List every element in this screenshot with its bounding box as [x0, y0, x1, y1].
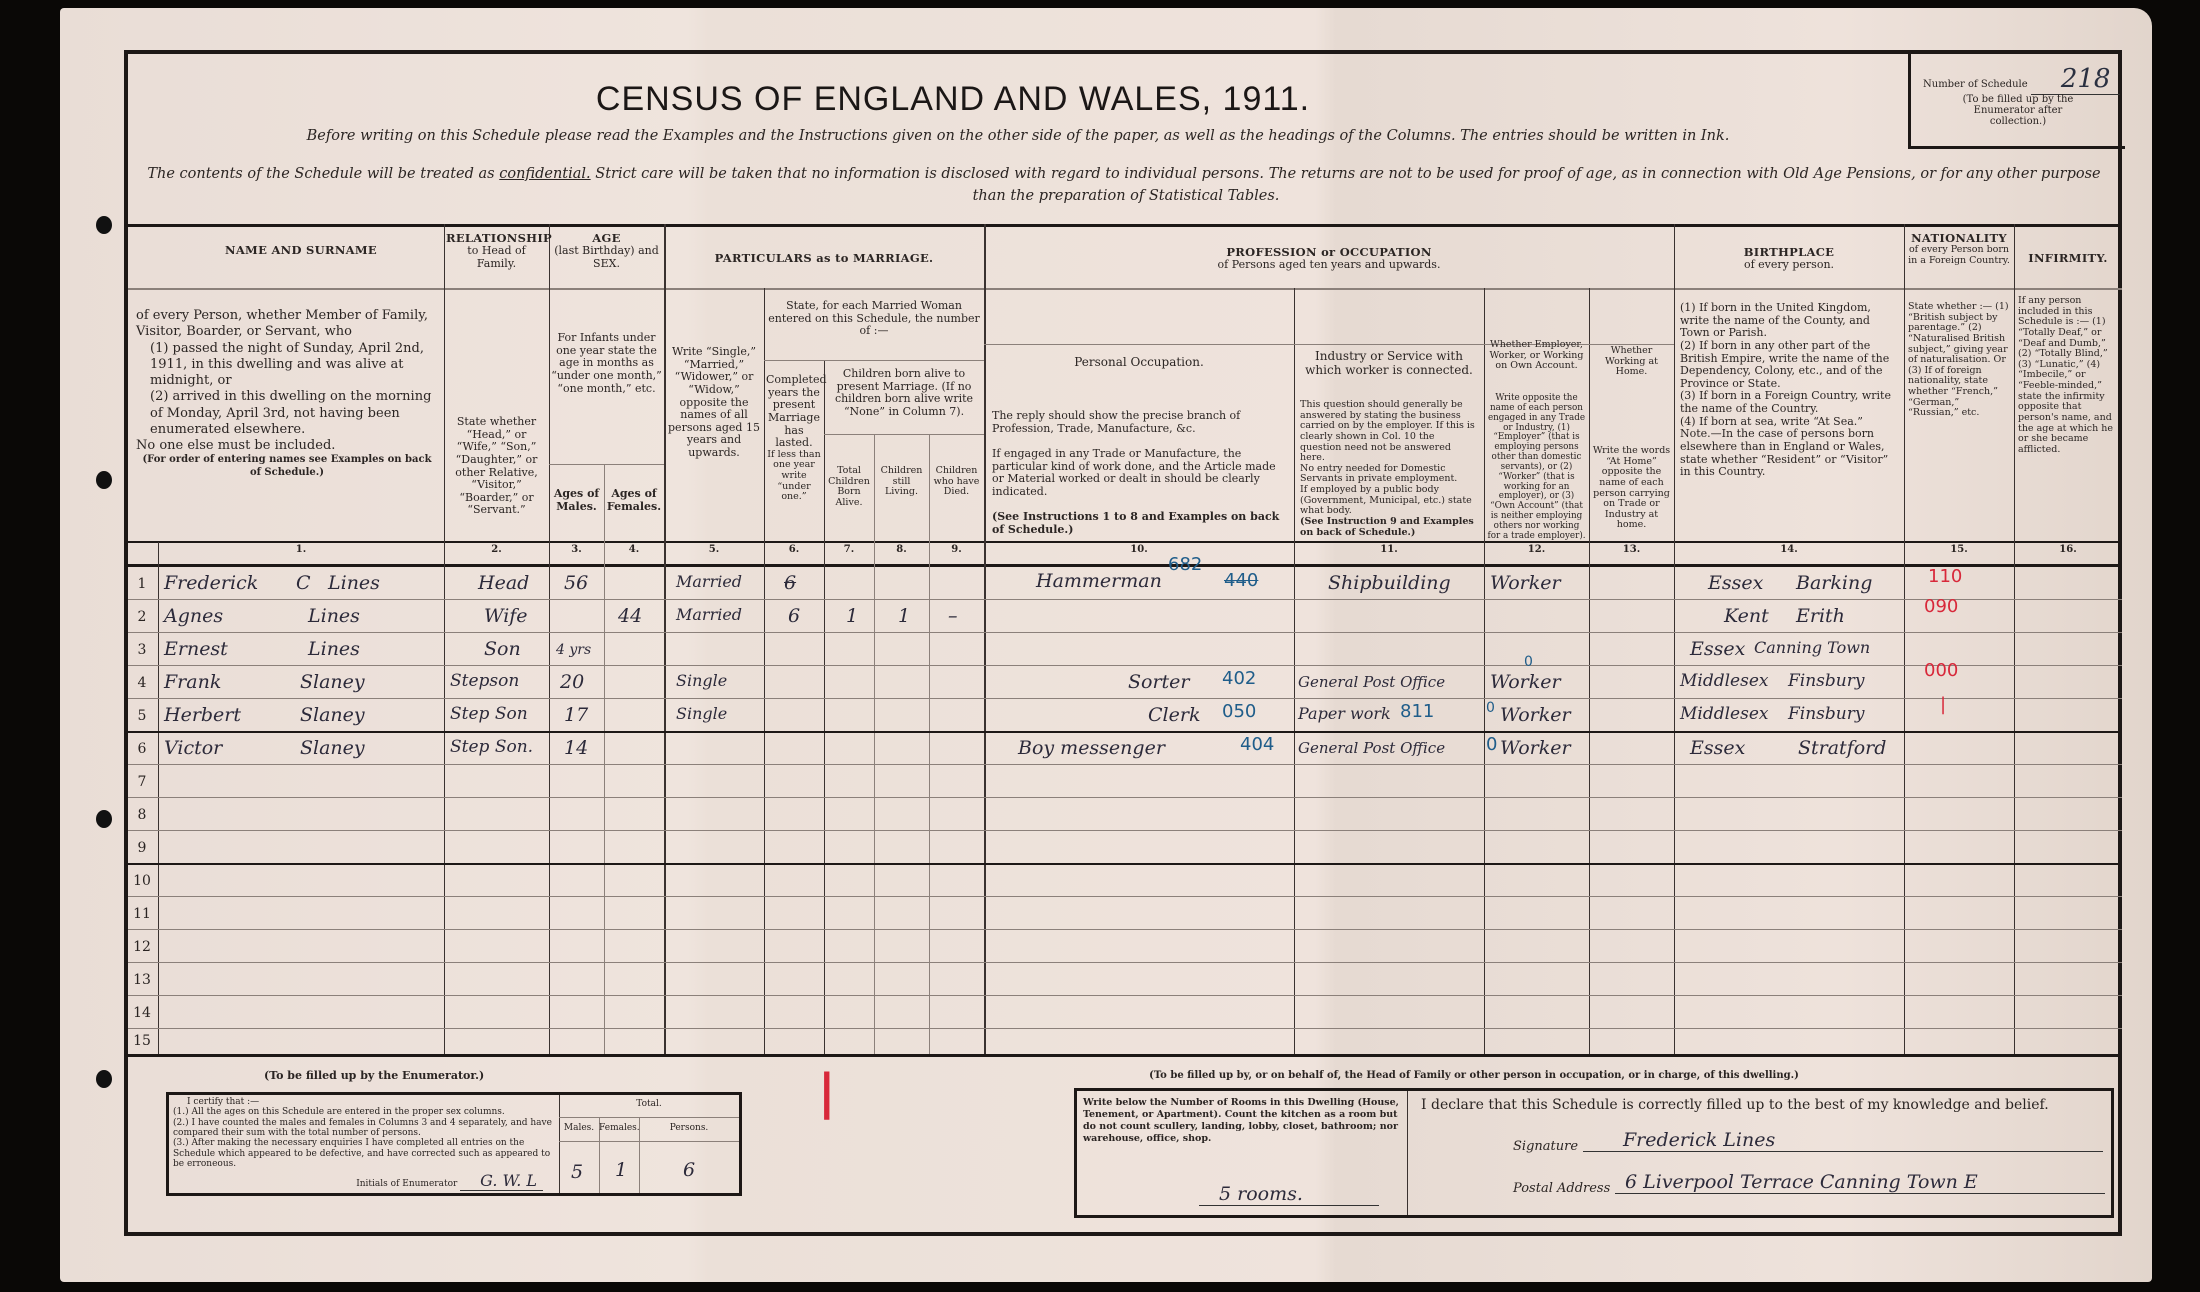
schedule-number[interactable]: 218 [2031, 64, 2121, 95]
schedule-frame: CENSUS OF ENGLAND AND WALES, 1911. Befor… [124, 50, 2122, 1236]
total-persons[interactable]: 6 [683, 1159, 695, 1181]
head-of-family-box: Write below the Number of Rooms in this … [1074, 1088, 2114, 1218]
head-of-family-heading: (To be filled up by, or on behalf of, th… [834, 1070, 2114, 1081]
ink-instruction: Before writing on this Schedule please r… [128, 128, 1908, 144]
header-age: AGE (last Birthday) and SEX. [549, 230, 664, 273]
confidential-word: confidential. [499, 166, 590, 182]
occupation-code: 682 [1168, 554, 1202, 575]
confidential-notice: The contents of the Schedule will be tre… [144, 166, 2104, 182]
punch-hole [96, 216, 112, 234]
header-occupation: PROFESSION or OCCUPATION of Persons aged… [984, 244, 1674, 274]
total-males[interactable]: 5 [571, 1161, 583, 1183]
rooms-count[interactable]: 5 rooms. [1199, 1183, 1379, 1206]
header-marriage: PARTICULARS as to MARRIAGE. [664, 250, 984, 267]
signature-field[interactable]: Frederick Lines [1583, 1129, 2103, 1152]
schedule-number-box: Number of Schedule 218 (To be filled up … [1908, 54, 2125, 149]
punch-hole [96, 810, 112, 828]
header-infirmity: INFIRMITY. [2014, 250, 2122, 267]
postal-address-field[interactable]: 6 Liverpool Terrace Canning Town E [1615, 1171, 2105, 1194]
enumerator-heading: (To be filled up by the Enumerator.) [264, 1069, 484, 1082]
enumerator-initials[interactable]: G. W. L [460, 1171, 543, 1191]
punch-hole [96, 471, 112, 489]
header-nationality: NATIONALITY of every Person born in a Fo… [1904, 230, 2014, 268]
header-name: NAME AND SURNAME [158, 242, 444, 259]
enumerator-certificate: I certify that :— (1.) All the ages on t… [166, 1092, 742, 1196]
page-title: CENSUS OF ENGLAND AND WALES, 1911. [128, 80, 1778, 119]
total-females[interactable]: 1 [615, 1159, 627, 1181]
header-relationship: RELATIONSHIP to Head of Family. [444, 230, 549, 273]
punch-hole [96, 1070, 112, 1088]
red-check-mark: | [818, 1064, 836, 1120]
header-birthplace: BIRTHPLACE of every person. [1674, 244, 1904, 274]
header-name-desc: of every Person, whether Member of Famil… [134, 306, 440, 481]
